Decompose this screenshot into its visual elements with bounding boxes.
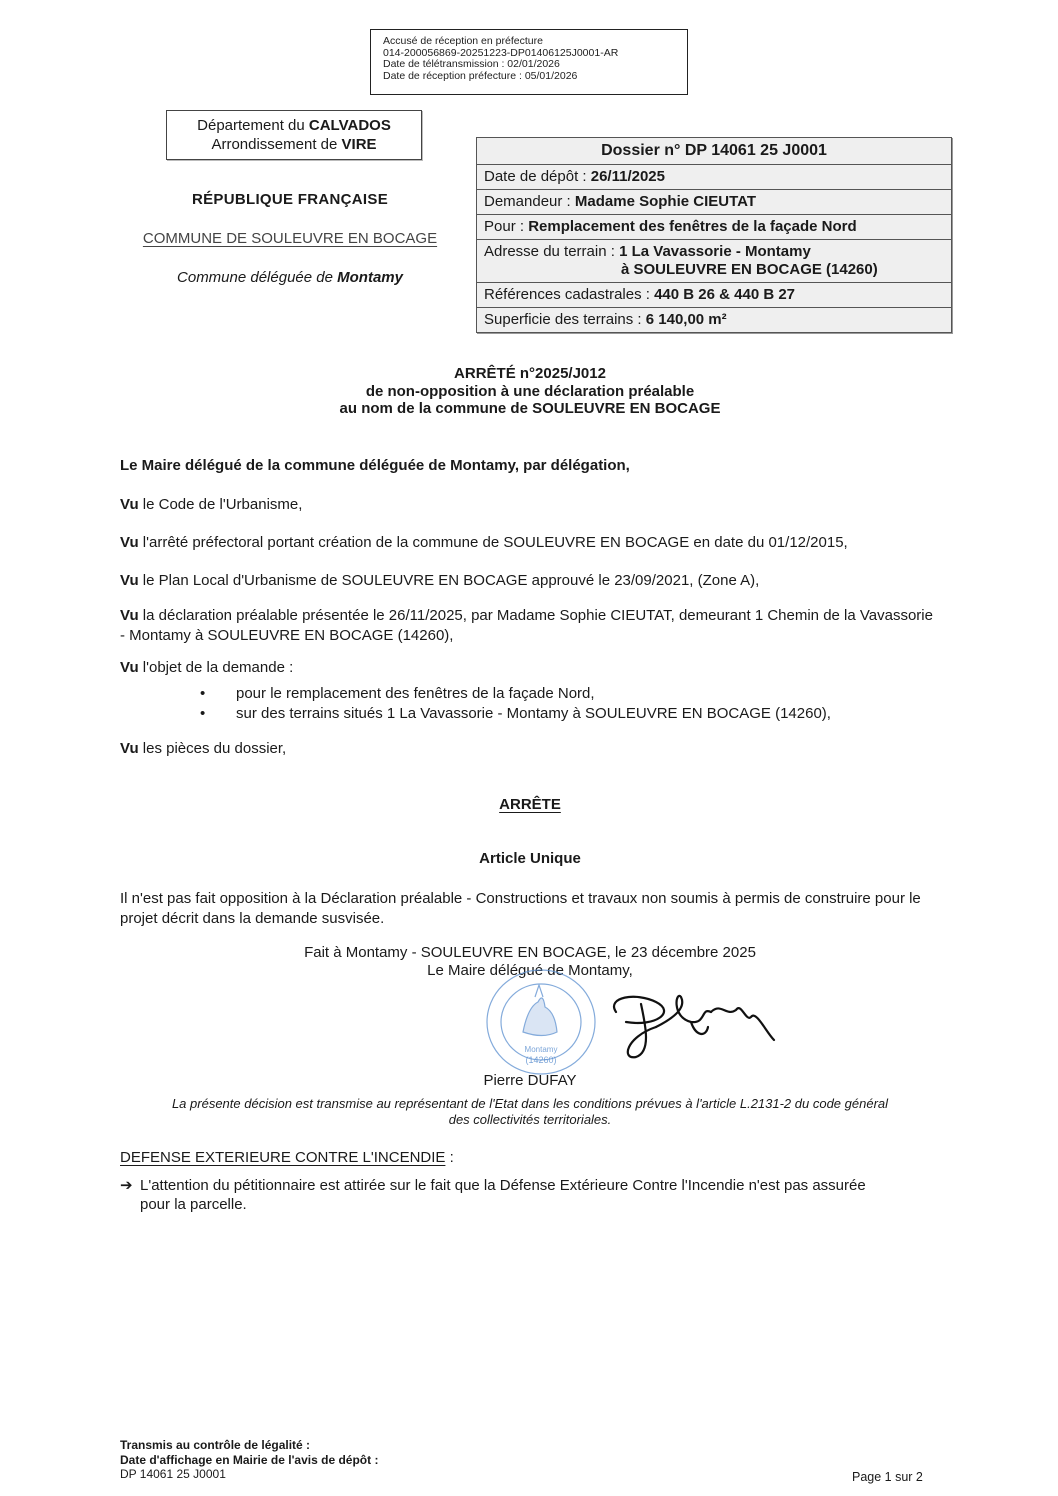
arrete-subtitle-2: au nom de la commune de SOULEUVRE EN BOC… [200, 400, 860, 418]
defense-notice: ➔L'attention du pétitionnaire est attiré… [120, 1176, 940, 1214]
page-number: Page 1 sur 2 [852, 1470, 923, 1484]
decision-text: Il n'est pas fait opposition à la Déclar… [120, 889, 940, 929]
article-heading: Article Unique [120, 850, 940, 867]
list-item: •sur des terrains situés 1 La Vavassorie… [200, 704, 831, 724]
vu-objet: Vu l'objet de la demande : [120, 658, 940, 678]
reception-date: Date de réception préfecture : 05/01/202… [383, 71, 675, 83]
teletransmission-date: Date de télétransmission : 02/01/2026 [383, 59, 675, 71]
signer-name: Pierre DUFAY [200, 1072, 860, 1089]
arrete-title-block: ARRÊTÉ n°2025/J012 de non-opposition à u… [200, 365, 860, 418]
legal-notice: La présente décision est transmise au re… [120, 1096, 940, 1128]
bullet-icon: • [200, 684, 236, 704]
list-item: •pour le remplacement des fenêtres de la… [200, 684, 595, 704]
vu-arrete-prefectoral: Vu l'arrêté préfectoral portant création… [120, 533, 940, 553]
intro-line: Le Maire délégué de la commune déléguée … [120, 456, 940, 476]
svg-text:Montamy: Montamy [525, 1045, 558, 1054]
department-box: Département du CALVADOS Arrondissement d… [166, 110, 422, 160]
defense-heading: DEFENSE EXTERIEURE CONTRE L'INCENDIE : [120, 1149, 454, 1166]
reception-stamp-box: Accusé de réception en préfecture 014-20… [370, 29, 688, 95]
arrondissement-line: Arrondissement de VIRE [167, 135, 421, 154]
department-line: Département du CALVADOS [167, 116, 421, 135]
reception-title: Accusé de réception en préfecture [383, 36, 675, 48]
dossier-row-demandeur: Demandeur : Madame Sophie CIEUTAT [477, 189, 951, 214]
arrete-number: ARRÊTÉ n°2025/J012 [200, 365, 860, 383]
vu-declaration: Vu la déclaration préalable présentée le… [120, 606, 940, 646]
footer-ref: DP 14061 25 J0001 [120, 1467, 378, 1482]
arrow-right-icon: ➔ [120, 1176, 140, 1195]
official-stamp-icon: (14260) Montamy [483, 967, 603, 1077]
signature-icon [596, 982, 786, 1062]
dossier-title: Dossier n° DP 14061 25 J0001 [477, 138, 951, 164]
commune-heading: COMMUNE DE SOULEUVRE EN BOCAGE [120, 230, 460, 247]
footer-affichage: Date d'affichage en Mairie de l'avis de … [120, 1453, 378, 1468]
dossier-row-pour: Pour : Remplacement des fenêtres de la f… [477, 214, 951, 239]
dossier-row-adresse: Adresse du terrain : 1 La Vavassorie - M… [477, 239, 951, 282]
svg-text:(14260): (14260) [525, 1055, 556, 1065]
vu-plu: Vu le Plan Local d'Urbanisme de SOULEUVR… [120, 571, 940, 591]
vu-pieces: Vu les pièces du dossier, [120, 739, 940, 759]
arrete-subtitle-1: de non-opposition à une déclaration préa… [200, 383, 860, 401]
republique-heading: RÉPUBLIQUE FRANÇAISE [120, 191, 460, 208]
dossier-row-date: Date de dépôt : 26/11/2025 [477, 164, 951, 189]
dossier-table: Dossier n° DP 14061 25 J0001 Date de dép… [476, 137, 952, 333]
commune-deleguee: Commune déléguée de Montamy [120, 269, 460, 286]
arrete-heading: ARRÊTE [120, 796, 940, 813]
bullet-icon: • [200, 704, 236, 724]
dossier-row-cadastre: Références cadastrales : 440 B 26 & 440 … [477, 282, 951, 307]
fait-a-line: Fait à Montamy - SOULEUVRE EN BOCAGE, le… [200, 944, 860, 962]
dossier-row-superficie: Superficie des terrains : 6 140,00 m² [477, 307, 951, 332]
footer-transmis: Transmis au contrôle de légalité : [120, 1438, 378, 1453]
footer: Transmis au contrôle de légalité : Date … [120, 1438, 378, 1482]
vu-code-urbanisme: Vu le Code de l'Urbanisme, [120, 495, 940, 515]
